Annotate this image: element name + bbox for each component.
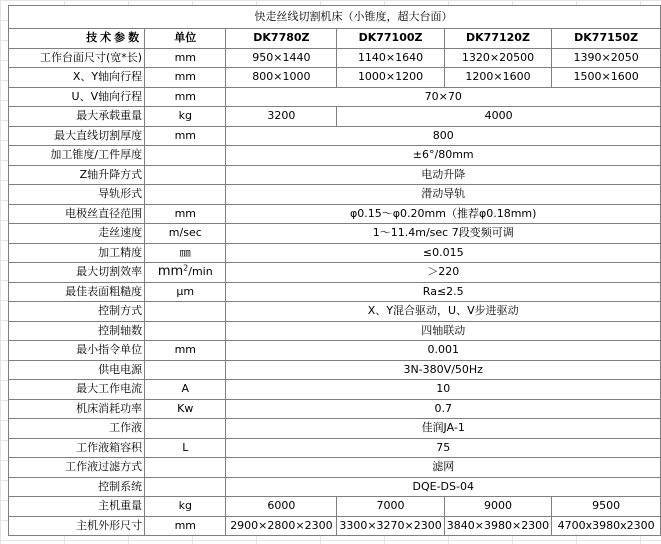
table-row: 加工锥度/工件厚度 ±6°/80mm bbox=[9, 146, 661, 166]
table-row: 电极丝直径范围 mm φ0.15～φ0.20mm（推荐φ0.18mm) bbox=[9, 204, 661, 224]
value-cell: 4700x3980x2300 bbox=[552, 516, 661, 536]
param-label: 控制方式 bbox=[9, 302, 145, 322]
param-unit bbox=[145, 360, 226, 380]
value-cell: 3200 bbox=[226, 107, 337, 127]
value-cell: 3300×3270×2300 bbox=[337, 516, 444, 536]
param-label: 最小指令单位 bbox=[9, 341, 145, 361]
value-cell: Ra≤2.5 bbox=[226, 282, 661, 302]
param-label: 最大直线切割厚度 bbox=[9, 126, 145, 146]
value-cell: 4000 bbox=[337, 107, 661, 127]
param-unit: mm bbox=[145, 341, 226, 361]
table-row: 工作台面尺寸(宽*长) mm 950×1440 1140×1640 1320×2… bbox=[9, 48, 661, 68]
value-cell: 1000×1200 bbox=[337, 68, 444, 88]
param-unit: ㎜ bbox=[145, 243, 226, 263]
table-row: 最大直线切割厚度 mm 800 bbox=[9, 126, 661, 146]
param-label: 最大承载重量 bbox=[9, 107, 145, 127]
table-row: 工作液 佳润JA-1 bbox=[9, 419, 661, 439]
param-unit: m/sec bbox=[145, 224, 226, 244]
param-label: 机床消耗功率 bbox=[9, 399, 145, 419]
table-row: 最小指令单位 mm 0.001 bbox=[9, 341, 661, 361]
value-cell: 3N-380V/50Hz bbox=[226, 360, 661, 380]
table-row: 控制系统 DQE-DS-04 bbox=[9, 477, 661, 497]
param-unit: mm bbox=[145, 204, 226, 224]
param-unit: μm bbox=[145, 282, 226, 302]
value-cell: ≤0.015 bbox=[226, 243, 661, 263]
param-unit bbox=[145, 477, 226, 497]
value-cell: 70×70 bbox=[226, 87, 661, 107]
table-row: 机床消耗功率 Kw 0.7 bbox=[9, 399, 661, 419]
value-cell: 滤网 bbox=[226, 458, 661, 478]
table-row: 主机重量 kg 6000 7000 9000 9500 bbox=[9, 497, 661, 517]
param-unit: mm bbox=[145, 68, 226, 88]
value-cell: 7000 bbox=[337, 497, 444, 517]
value-cell: 75 bbox=[226, 438, 661, 458]
table-row: X、Y轴向行程 mm 800×1000 1000×1200 1200×1600 … bbox=[9, 68, 661, 88]
param-unit: Kw bbox=[145, 399, 226, 419]
param-unit bbox=[145, 419, 226, 439]
table-row: 工作液箱容积 L 75 bbox=[9, 438, 661, 458]
param-unit: A bbox=[145, 380, 226, 400]
param-unit: mm bbox=[145, 516, 226, 536]
table-row: Z轴升降方式 电动升降 bbox=[9, 165, 661, 185]
value-cell: 0.7 bbox=[226, 399, 661, 419]
param-label: 走丝速度 bbox=[9, 224, 145, 244]
value-cell: 1390×2050 bbox=[552, 48, 661, 68]
value-cell: ＞220 bbox=[226, 263, 661, 283]
unit-base: mm bbox=[158, 264, 183, 279]
param-label: 最大切割效率 bbox=[9, 263, 145, 283]
param-label: 工作台面尺寸(宽*长) bbox=[9, 48, 145, 68]
title-row: 快走丝线切割机床（小锥度，超大台面） bbox=[9, 6, 661, 29]
param-label: 加工锥度/工件厚度 bbox=[9, 146, 145, 166]
header-param: 技术参数 bbox=[9, 29, 145, 49]
value-cell: 800×1000 bbox=[226, 68, 337, 88]
table-title: 快走丝线切割机床（小锥度，超大台面） bbox=[9, 6, 661, 29]
param-unit bbox=[145, 321, 226, 341]
param-unit: mm bbox=[145, 126, 226, 146]
table-row: 最大工作电流 A 10 bbox=[9, 380, 661, 400]
param-label: 工作液箱容积 bbox=[9, 438, 145, 458]
header-model-3: DK77120Z bbox=[444, 29, 551, 49]
param-label: U、V轴向行程 bbox=[9, 87, 145, 107]
header-row: 技术参数 单位 DK7780Z DK77100Z DK77120Z DK7715… bbox=[9, 29, 661, 49]
param-label: 最佳表面粗糙度 bbox=[9, 282, 145, 302]
param-label: 导轨形式 bbox=[9, 185, 145, 205]
param-unit bbox=[145, 165, 226, 185]
value-cell: 滑动导轨 bbox=[226, 185, 661, 205]
header-model-1: DK7780Z bbox=[226, 29, 337, 49]
value-cell: 2900×2800×2300 bbox=[226, 516, 337, 536]
param-label: 控制系统 bbox=[9, 477, 145, 497]
value-cell: 800 bbox=[226, 126, 661, 146]
param-label: X、Y轴向行程 bbox=[9, 68, 145, 88]
param-label: 工作液过滤方式 bbox=[9, 458, 145, 478]
header-unit: 单位 bbox=[145, 29, 226, 49]
param-label: 供电电源 bbox=[9, 360, 145, 380]
value-cell: 950×1440 bbox=[226, 48, 337, 68]
param-label: 工作液 bbox=[9, 419, 145, 439]
value-cell: 3840×3980×2300 bbox=[444, 516, 551, 536]
value-cell: 1200×1600 bbox=[444, 68, 551, 88]
param-label: 最大工作电流 bbox=[9, 380, 145, 400]
header-model-2: DK77100Z bbox=[337, 29, 444, 49]
spec-table: 快走丝线切割机床（小锥度，超大台面） 技术参数 单位 DK7780Z DK771… bbox=[8, 5, 661, 536]
param-label: 主机重量 bbox=[9, 497, 145, 517]
value-cell: DQE-DS-04 bbox=[226, 477, 661, 497]
value-cell: 1～11.4m/sec 7段变频可调 bbox=[226, 224, 661, 244]
value-cell: 0.001 bbox=[226, 341, 661, 361]
param-unit bbox=[145, 458, 226, 478]
param-unit: kg bbox=[145, 107, 226, 127]
param-unit: L bbox=[145, 438, 226, 458]
value-cell: 1320×20500 bbox=[444, 48, 551, 68]
value-cell: 9000 bbox=[444, 497, 551, 517]
param-label: Z轴升降方式 bbox=[9, 165, 145, 185]
header-model-4: DK77150Z bbox=[552, 29, 661, 49]
table-row: 最佳表面粗糙度 μm Ra≤2.5 bbox=[9, 282, 661, 302]
table-row: 主机外形尺寸 mm 2900×2800×2300 3300×3270×2300 … bbox=[9, 516, 661, 536]
value-cell: X、Y混合驱动，U、V步进驱动 bbox=[226, 302, 661, 322]
table-row: U、V轴向行程 mm 70×70 bbox=[9, 87, 661, 107]
value-cell: 1500×1600 bbox=[552, 68, 661, 88]
table-row: 控制方式 X、Y混合驱动，U、V步进驱动 bbox=[9, 302, 661, 322]
param-unit bbox=[145, 146, 226, 166]
value-cell: 佳润JA-1 bbox=[226, 419, 661, 439]
table-row: 加工精度 ㎜ ≤0.015 bbox=[9, 243, 661, 263]
value-cell: 10 bbox=[226, 380, 661, 400]
value-cell: ±6°/80mm bbox=[226, 146, 661, 166]
value-cell: 电动升降 bbox=[226, 165, 661, 185]
table-row: 工作液过滤方式 滤网 bbox=[9, 458, 661, 478]
param-label: 加工精度 bbox=[9, 243, 145, 263]
param-unit: mm bbox=[145, 87, 226, 107]
param-unit: mm bbox=[145, 48, 226, 68]
value-cell: 6000 bbox=[226, 497, 337, 517]
param-label: 电极丝直径范围 bbox=[9, 204, 145, 224]
param-unit: mm2/min bbox=[145, 263, 226, 283]
value-cell: φ0.15～φ0.20mm（推荐φ0.18mm) bbox=[226, 204, 661, 224]
value-cell: 1140×1640 bbox=[337, 48, 444, 68]
param-unit: kg bbox=[145, 497, 226, 517]
table-row: 最大切割效率 mm2/min ＞220 bbox=[9, 263, 661, 283]
table-row: 导轨形式 滑动导轨 bbox=[9, 185, 661, 205]
table-row: 控制轴数 四轴联动 bbox=[9, 321, 661, 341]
unit-suffix: /min bbox=[188, 265, 212, 278]
table-row: 最大承载重量 kg 3200 4000 bbox=[9, 107, 661, 127]
param-label: 主机外形尺寸 bbox=[9, 516, 145, 536]
table-row: 走丝速度 m/sec 1～11.4m/sec 7段变频可调 bbox=[9, 224, 661, 244]
value-cell: 9500 bbox=[552, 497, 661, 517]
value-cell: 四轴联动 bbox=[226, 321, 661, 341]
param-unit bbox=[145, 185, 226, 205]
param-label: 控制轴数 bbox=[9, 321, 145, 341]
param-unit bbox=[145, 302, 226, 322]
table-row: 供电电源 3N-380V/50Hz bbox=[9, 360, 661, 380]
